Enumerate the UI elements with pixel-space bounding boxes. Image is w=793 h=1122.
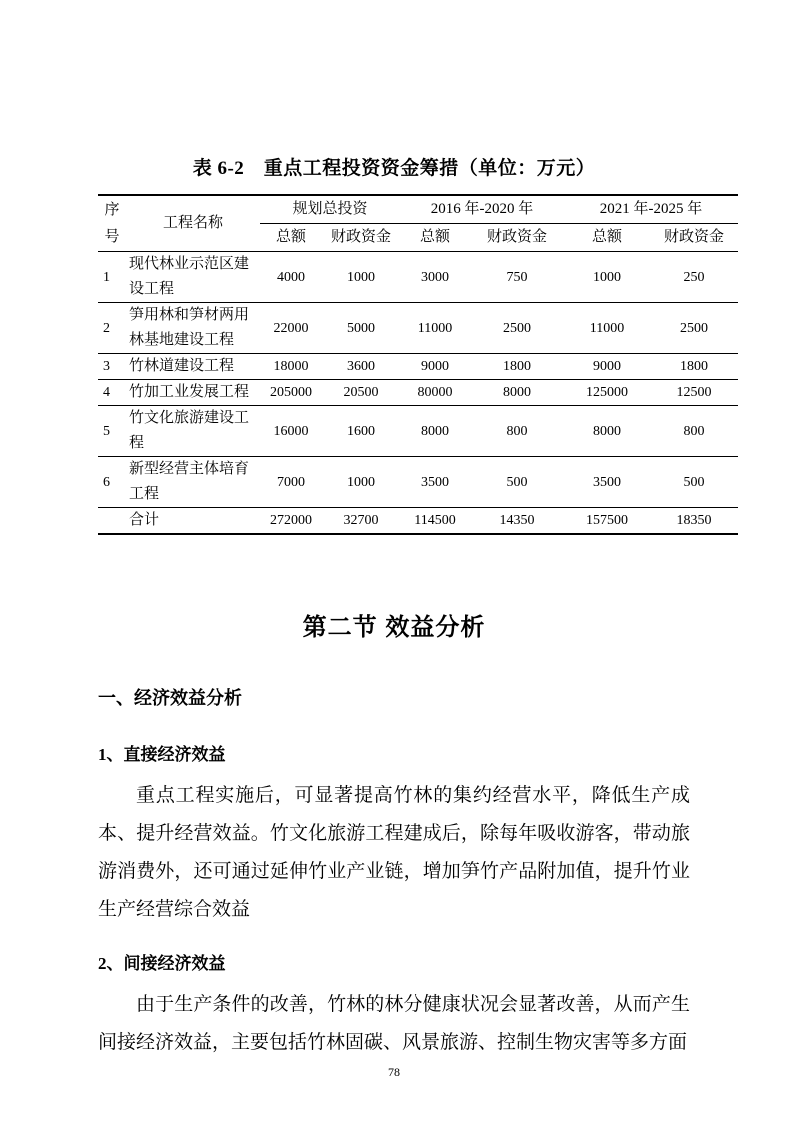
cell-value: 16000: [260, 406, 322, 457]
cell-value: 1000: [322, 252, 400, 303]
cell-value: 22000: [260, 303, 322, 354]
header-fiscal-3: 财政资金: [650, 224, 738, 252]
cell-seq: 3: [98, 354, 126, 380]
cell-value: 12500: [650, 380, 738, 406]
cell-value: 125000: [564, 380, 650, 406]
cell-value: 8000: [564, 406, 650, 457]
table-row: 3 竹林道建设工程 18000 3600 9000 1800 9000 1800: [98, 354, 738, 380]
cell-project-name: 竹文化旅游建设工程: [126, 406, 260, 457]
cell-value: 157500: [564, 508, 650, 535]
cell-value: 18000: [260, 354, 322, 380]
cell-value: 3500: [564, 457, 650, 508]
investment-table: 序号 工程名称 规划总投资 2016 年-2020 年 2021 年-2025 …: [98, 194, 738, 535]
cell-value: 3000: [400, 252, 470, 303]
header-group-2016-2020: 2016 年-2020 年: [400, 195, 564, 224]
cell-value: 1000: [564, 252, 650, 303]
paragraph-direct-benefit: 重点工程实施后，可显著提高竹林的集约经营水平，降低生产成本、提升经营效益。竹文化…: [98, 777, 690, 929]
cell-value: 11000: [564, 303, 650, 354]
table-row-total: 合计 272000 32700 114500 14350 157500 1835…: [98, 508, 738, 535]
cell-value: 8000: [400, 406, 470, 457]
cell-project-name: 新型经营主体培育工程: [126, 457, 260, 508]
cell-value: 1800: [470, 354, 564, 380]
subsection-economic-benefit: 一、经济效益分析: [98, 684, 690, 710]
cell-total-label: 合计: [126, 508, 260, 535]
cell-value: 9000: [400, 354, 470, 380]
cell-value: 500: [650, 457, 738, 508]
cell-value: 3600: [322, 354, 400, 380]
header-project-name: 工程名称: [126, 195, 260, 252]
table-title: 表 6-2 重点工程投资资金筹措（单位：万元）: [98, 153, 690, 180]
cell-value: 14350: [470, 508, 564, 535]
cell-value: 1800: [650, 354, 738, 380]
subsection-indirect-benefit: 2、间接经济效益: [98, 949, 690, 974]
section-content: 第二节 效益分析 一、经济效益分析 1、直接经济效益 重点工程实施后，可显著提高…: [98, 607, 690, 1062]
cell-value: 205000: [260, 380, 322, 406]
header-seq: 序号: [98, 195, 126, 252]
header-group-planned-total: 规划总投资: [260, 195, 400, 224]
header-fiscal-1: 财政资金: [322, 224, 400, 252]
section-heading: 第二节 效益分析: [98, 607, 690, 642]
table-row: 6 新型经营主体培育工程 7000 1000 3500 500 3500 500: [98, 457, 738, 508]
cell-value: 250: [650, 252, 738, 303]
cell-value: 500: [470, 457, 564, 508]
table-header: 序号 工程名称 规划总投资 2016 年-2020 年 2021 年-2025 …: [98, 195, 738, 252]
cell-project-name: 竹加工业发展工程: [126, 380, 260, 406]
document-page: 表 6-2 重点工程投资资金筹措（单位：万元） 序号 工程名称 规划总投资 20…: [0, 0, 793, 1122]
table-row: 4 竹加工业发展工程 205000 20500 80000 8000 12500…: [98, 380, 738, 406]
header-total-2: 总额: [400, 224, 470, 252]
cell-value: 1600: [322, 406, 400, 457]
cell-project-name: 现代林业示范区建设工程: [126, 252, 260, 303]
cell-value: 32700: [322, 508, 400, 535]
table-row: 2 笋用林和笋材两用林基地建设工程 22000 5000 11000 2500 …: [98, 303, 738, 354]
table-row: 1 现代林业示范区建设工程 4000 1000 3000 750 1000 25…: [98, 252, 738, 303]
cell-seq: 2: [98, 303, 126, 354]
cell-value: 11000: [400, 303, 470, 354]
cell-project-name: 笋用林和笋材两用林基地建设工程: [126, 303, 260, 354]
header-total-3: 总额: [564, 224, 650, 252]
table-row: 5 竹文化旅游建设工程 16000 1600 8000 800 8000 800: [98, 406, 738, 457]
cell-seq: [98, 508, 126, 535]
paragraph-indirect-benefit: 由于生产条件的改善，竹林的林分健康状况会显著改善，从而产生间接经济效益，主要包括…: [98, 986, 690, 1062]
cell-value: 7000: [260, 457, 322, 508]
cell-value: 18350: [650, 508, 738, 535]
cell-value: 1000: [322, 457, 400, 508]
table-header-row-groups: 序号 工程名称 规划总投资 2016 年-2020 年 2021 年-2025 …: [98, 195, 738, 224]
cell-value: 20500: [322, 380, 400, 406]
cell-value: 9000: [564, 354, 650, 380]
cell-value: 800: [650, 406, 738, 457]
cell-seq: 5: [98, 406, 126, 457]
cell-value: 2500: [470, 303, 564, 354]
cell-value: 8000: [470, 380, 564, 406]
cell-value: 3500: [400, 457, 470, 508]
cell-value: 750: [470, 252, 564, 303]
cell-value: 800: [470, 406, 564, 457]
cell-value: 80000: [400, 380, 470, 406]
page-number: 78: [98, 1065, 690, 1080]
header-fiscal-2: 财政资金: [470, 224, 564, 252]
cell-seq: 6: [98, 457, 126, 508]
subsection-direct-benefit: 1、直接经济效益: [98, 740, 690, 765]
header-total-1: 总额: [260, 224, 322, 252]
header-group-2021-2025: 2021 年-2025 年: [564, 195, 738, 224]
cell-value: 272000: [260, 508, 322, 535]
cell-value: 2500: [650, 303, 738, 354]
cell-project-name: 竹林道建设工程: [126, 354, 260, 380]
cell-value: 4000: [260, 252, 322, 303]
cell-seq: 1: [98, 252, 126, 303]
cell-seq: 4: [98, 380, 126, 406]
cell-value: 114500: [400, 508, 470, 535]
cell-value: 5000: [322, 303, 400, 354]
